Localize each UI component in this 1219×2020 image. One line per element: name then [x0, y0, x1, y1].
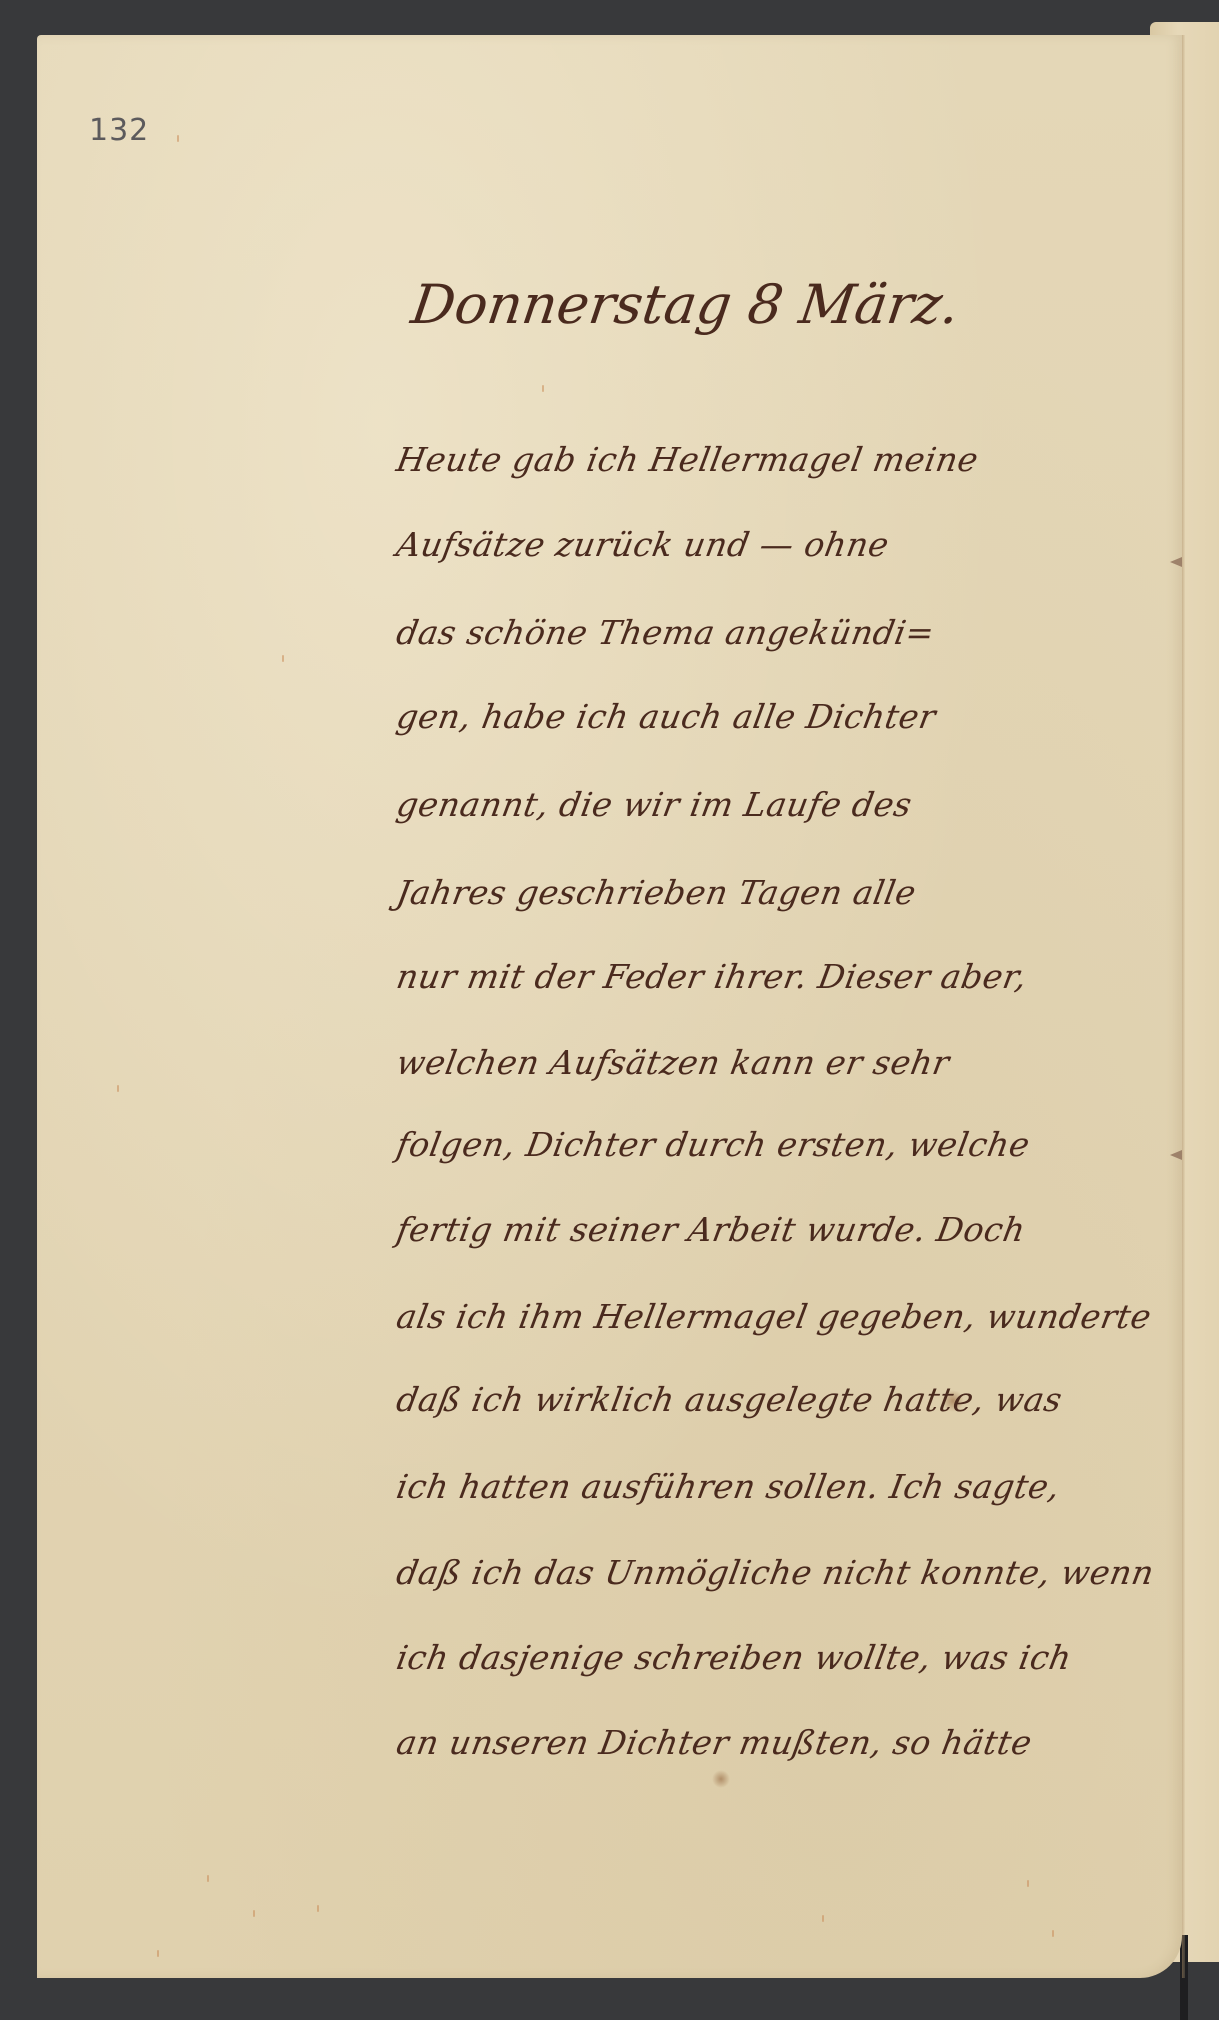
manuscript-line: Jahres geschrieben Tagen alle [394, 873, 920, 912]
manuscript-line: daß ich wirklich ausgelegte hatte, was [394, 1380, 1066, 1419]
manuscript-page: 132 Donnerstag 8 März. Heute gab ich Hel… [37, 35, 1182, 1978]
paper-speck [282, 655, 284, 662]
folio-number: 132 [89, 113, 149, 148]
manuscript-line: daß ich das Unmögliche nicht konnte, wen… [394, 1553, 1158, 1592]
paper-speck [317, 1905, 319, 1912]
manuscript-line: als ich ihm Hellermagel gegeben, wundert… [394, 1297, 1155, 1336]
manuscript-line: ich dasjenige schreiben wollte, was ich [394, 1638, 1075, 1677]
paper-speck [1052, 1930, 1054, 1937]
ink-stain [712, 1770, 730, 1788]
manuscript-line: das schöne Thema angekündi= [394, 613, 938, 652]
manuscript-line: fertig mit seiner Arbeit wurde. Doch [394, 1210, 1029, 1249]
manuscript-line: an unseren Dichter mußten, so hätte [394, 1723, 1036, 1762]
paper-speck [177, 135, 179, 142]
paper-speck [253, 1910, 255, 1917]
paper-speck [542, 385, 544, 392]
entry-heading: Donnerstag 8 März. [408, 273, 964, 336]
manuscript-line: ich hatten ausführen sollen. Ich sagte, [394, 1467, 1063, 1506]
manuscript-line: welchen Aufsätzen kann er sehr [394, 1043, 953, 1082]
paper-speck [207, 1875, 209, 1882]
page-fold [1182, 35, 1185, 1978]
paper-speck [157, 1950, 159, 1957]
manuscript-line: Aufsätze zurück und — ohne [394, 525, 893, 564]
paper-speck [1027, 1880, 1029, 1887]
manuscript-line: gen, habe ich auch alle Dichter [394, 697, 939, 736]
manuscript-line: nur mit der Feder ihrer. Dieser aber, [394, 957, 1031, 996]
paper-speck [822, 1915, 824, 1922]
paper-speck [117, 1085, 119, 1092]
manuscript-line: Heute gab ich Hellermagel meine [394, 440, 982, 479]
manuscript-line: folgen, Dichter durch ersten, welche [394, 1125, 1033, 1164]
manuscript-line: genannt, die wir im Laufe des [394, 785, 915, 824]
